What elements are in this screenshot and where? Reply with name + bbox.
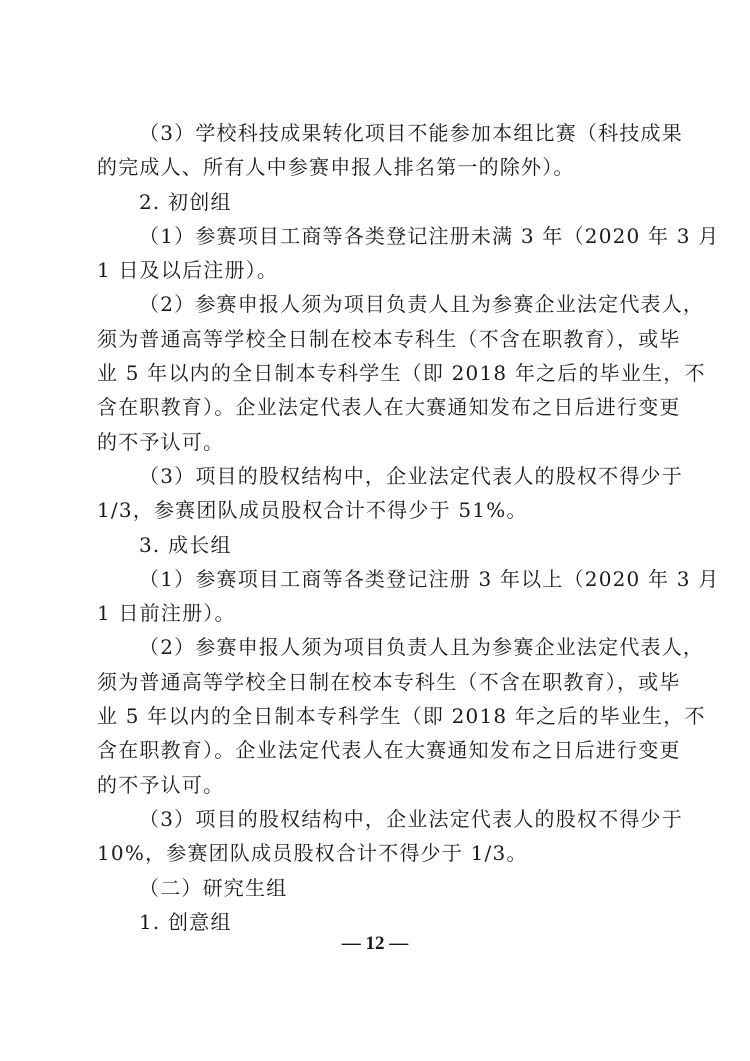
paragraph-line: 的完成人、所有人中参赛申报人排名第一的除外）。 — [97, 150, 663, 184]
section-heading-startup-group: 2. 初创组 — [97, 185, 663, 219]
paragraph-line: 业 5 年以内的全日制本专科学生（即 2018 年之后的毕业生，不 — [97, 699, 663, 733]
section-heading-graduate-group: （二）研究生组 — [97, 871, 663, 905]
paragraph-line: （2）参赛申报人须为项目负责人且为参赛企业法定代表人， — [97, 630, 663, 664]
paragraph-line: 的不予认可。 — [97, 425, 663, 459]
paragraph-line: （1）参赛项目工商等各类登记注册未满 3 年（2020 年 3 月 — [97, 219, 663, 253]
paragraph-line: （3）项目的股权结构中，企业法定代表人的股权不得少于 — [97, 802, 663, 836]
document-page: （3）学校科技成果转化项目不能参加本组比赛（科技成果 的完成人、所有人中参赛申报… — [97, 116, 663, 939]
section-heading-growth-group: 3. 成长组 — [97, 528, 663, 562]
paragraph-line: 含在职教育）。企业法定代表人在大赛通知发布之日后进行变更 — [97, 390, 663, 424]
paragraph-line: 1/3，参赛团队成员股权合计不得少于 51%。 — [97, 493, 663, 527]
paragraph-line: 1 日及以后注册）。 — [97, 253, 663, 287]
paragraph-line: （3）学校科技成果转化项目不能参加本组比赛（科技成果 — [97, 116, 663, 150]
paragraph-line: 须为普通高等学校全日制在校本专科生（不含在职教育），或毕 — [97, 665, 663, 699]
paragraph-line: 含在职教育）。企业法定代表人在大赛通知发布之日后进行变更 — [97, 733, 663, 767]
paragraph-line: （2）参赛申报人须为项目负责人且为参赛企业法定代表人， — [97, 287, 663, 321]
paragraph-line: 1 日前注册）。 — [97, 596, 663, 630]
paragraph-line: （3）项目的股权结构中，企业法定代表人的股权不得少于 — [97, 459, 663, 493]
paragraph-line: 须为普通高等学校全日制在校本专科生（不含在职教育），或毕 — [97, 322, 663, 356]
paragraph-line: 的不予认可。 — [97, 768, 663, 802]
paragraph-line: 10%，参赛团队成员股权合计不得少于 1/3。 — [97, 836, 663, 870]
page-number: — 12 — — [0, 933, 750, 955]
paragraph-line: （1）参赛项目工商等各类登记注册 3 年以上（2020 年 3 月 — [97, 562, 663, 596]
paragraph-line: 业 5 年以内的全日制本专科学生（即 2018 年之后的毕业生，不 — [97, 356, 663, 390]
